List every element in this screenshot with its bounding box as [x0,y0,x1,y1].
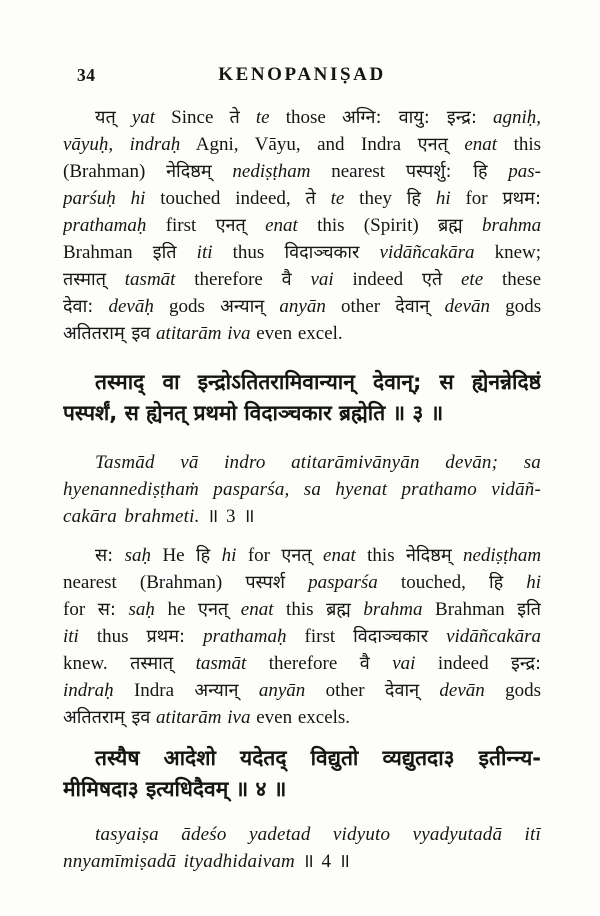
transliteration-text: anyān [279,296,325,317]
english-text: Brahman [435,599,505,620]
text-line: parśuḥ hi touched indeed, ते te they हि … [63,185,541,212]
devanagari-text: प्रथम: [502,188,541,209]
text-line: यत् yat Since ते te those अग्नि: वायु: इ… [63,104,541,131]
devanagari-text: स: [98,599,116,620]
english-text: those [286,107,326,128]
devanagari-text: ब्रह्म [326,599,351,620]
transliteration-text: enat [265,215,298,236]
devanagari-text: तस्यैष आदेशो यदेतद् विद्युतो व्यद्युतदा३… [95,746,541,770]
text-line: देवा: devāḥ gods अन्यान् anyān other देव… [63,293,541,320]
text-line: tasyaiṣa ādeśo yadetad vidyuto vyadyutad… [63,821,541,848]
english-text: nearest [331,161,385,182]
devanagari-text: विदाञ्चकार [353,626,428,647]
page-header: 34 KENOPANIṢAD [63,64,541,88]
transliteration-text: nnyamīmiṣadā ityadhidaivam [63,851,295,872]
english-text: this (Spirit) [317,215,419,236]
transliteration-text: agniḥ, [493,107,541,128]
devanagari-text: वै [360,653,370,674]
devanagari-text: स: [95,545,113,566]
english-text: other [341,296,380,317]
text-line: nnyamīmiṣadā ityadhidaivam ॥ 4 ॥ [63,848,541,875]
transliteration-text: vidāñcakāra [380,242,475,263]
devanagari-text: देवान् [395,296,429,317]
english-text: nearest (Brahman) [63,572,222,593]
transliteration-text: vai [392,653,415,674]
transliteration-text: atitarām iva [156,323,250,344]
transliteration-text: vidāñcakāra [446,626,541,647]
english-text: even excels. [256,707,350,728]
devanagari-text: अतितराम् इव [63,707,150,728]
sanskrit-verse-4: तस्यैष आदेशो यदेतद् विद्युतो व्यद्युतदा३… [63,743,541,805]
devanagari-text: इन्द्र: [511,653,541,674]
transliteration-text: yat [132,107,155,128]
english-text: first [305,626,336,647]
transliteration-text: vai [310,269,333,290]
transliteration-text: atitarām iva [156,707,250,728]
transliteration-text: nediṣṭham [232,161,310,182]
devanagari-text: एनत् [216,215,246,236]
transliteration-text: iti [197,242,213,263]
english-text: gods [505,680,541,701]
devanagari-text: तस्मात् [130,653,173,674]
transliteration-text: tasmāt [125,269,176,290]
english-text: Agni, Vāyu, and Indra [196,134,401,155]
english-text: knew. [63,653,108,674]
english-text: Brahman [63,242,133,263]
text-line: indraḥ Indra अन्यान् anyān other देवान् … [63,677,541,704]
devanagari-text: ते [306,188,316,209]
transliteration-text: hi [526,572,541,593]
english-text: ॥ 3 ॥ [207,506,255,527]
transliteration-text: cakāra brahmeti. [63,506,200,527]
english-text: therefore [194,269,263,290]
text-line: iti thus प्रथम: prathamaḥ first विदाञ्चक… [63,623,541,650]
text-line: Brahman इति iti thus विदाञ्चकार vidāñcak… [63,239,541,266]
devanagari-text: देवान् [385,680,419,701]
transliteration-text: devān [445,296,490,317]
transliteration-text: devāḥ [108,296,153,317]
devanagari-text: मीमिषदा३ इत्यधिदैवम् ॥ ४ ॥ [63,777,286,801]
devanagari-text: ते [230,107,240,128]
english-text: touched, [401,572,466,593]
transliteration-verse-4: tasyaiṣa ādeśo yadetad vidyuto vyadyutad… [63,821,541,875]
devanagari-text: नेदिष्ठम् [406,545,452,566]
devanagari-text: अन्यान् [220,296,264,317]
devanagari-text: प्रथम: [147,626,186,647]
english-text: other [326,680,365,701]
transliteration-text: prathamaḥ [203,626,286,647]
english-text: therefore [269,653,338,674]
english-text: he [167,599,185,620]
transliteration-text: enat [323,545,356,566]
transliteration-text: saḥ [129,599,155,620]
transliteration-text: indraḥ [63,680,114,701]
transliteration-text: tasmāt [196,653,247,674]
sanskrit-verse-3: तस्माद् वा इन्द्रोऽतितरामिवान्यान् देवान… [63,367,541,429]
english-text: this [514,134,541,155]
devanagari-text: अन्यान् [194,680,238,701]
transliteration-text: te [256,107,270,128]
gloss-paragraph-2: स: saḥ He हि hi for एनत् enat this नेदिष… [63,542,541,731]
text-line: prathamaḥ first एनत् enat this (Spirit) … [63,212,541,239]
english-text: gods [169,296,205,317]
devanagari-text: इति [153,242,177,263]
text-line: hyenannediṣṭhaṁ pasparśa, sa hyenat prat… [63,476,541,503]
transliteration-text: te [331,188,345,209]
devanagari-text: पस्पर्श [245,572,285,593]
devanagari-text: इति [517,599,541,620]
text-line: Tasmād vā indro atitarāmivānyān devān; s… [63,449,541,476]
transliteration-text: devān [439,680,484,701]
english-text: ॥ 4 ॥ [302,851,350,872]
gloss-paragraph-1: यत् yat Since ते te those अग्नि: वायु: इ… [63,104,541,347]
transliteration-text: enat [241,599,274,620]
text-line: knew. तस्मात् tasmāt therefore वै vai in… [63,650,541,677]
text-line: तस्यैष आदेशो यदेतद् विद्युतो व्यद्युतदा३… [63,743,541,774]
text-line: पस्पर्शं, स ह्येनत् प्रथमो विदाञ्चकार ब्… [63,398,541,429]
devanagari-text: हि [489,572,503,593]
english-text: gods [505,296,541,317]
english-text: thus [97,626,129,647]
english-text: knew; [495,242,541,263]
english-text: first [166,215,197,236]
transliteration-text: anyān [259,680,305,701]
devanagari-text: अतितराम् इव [63,323,150,344]
transliteration-text: pas- [508,161,541,182]
english-text: He [162,545,184,566]
devanagari-text: एते [422,269,442,290]
text-column: 34 KENOPANIṢAD यत् yat Since ते te those… [63,64,541,875]
english-text: they [359,188,392,209]
english-text: indeed [353,269,404,290]
transliteration-text: Tasmād vā indro atitarāmivānyān devān; s… [95,452,541,473]
devanagari-text: एनत् [281,545,311,566]
devanagari-text: विदाञ्चकार [284,242,359,263]
english-text: for [465,188,487,209]
devanagari-text: एनत् [418,134,448,155]
devanagari-text: हि [407,188,421,209]
devanagari-text: पस्पर्शं, स ह्येनत् प्रथमो विदाञ्चकार ब्… [63,401,443,425]
text-line: for स: saḥ he एनत् enat this ब्रह्म brah… [63,596,541,623]
devanagari-text: नेदिष्ठम् [166,161,212,182]
english-text: for [63,599,85,620]
english-text: (Brahman) [63,161,145,182]
text-line: स: saḥ He हि hi for एनत् enat this नेदिष… [63,542,541,569]
transliteration-text: saḥ [125,545,151,566]
english-text: indeed [438,653,489,674]
devanagari-text: हि [196,545,210,566]
english-text: this [367,545,394,566]
devanagari-text: वै [282,269,292,290]
devanagari-text: यत् [95,107,116,128]
page-title: KENOPANIṢAD [63,64,541,86]
transliteration-text: brahma [363,599,422,620]
text-line: अतितराम् इव atitarām iva even excel. [63,320,541,347]
book-page: 34 KENOPANIṢAD यत् yat Since ते te those… [0,0,600,916]
english-text: this [286,599,313,620]
transliteration-text: pasparśa [308,572,378,593]
text-line: तस्मात् tasmāt therefore वै vai indeed ए… [63,266,541,293]
text-line: मीमिषदा३ इत्यधिदैवम् ॥ ४ ॥ [63,774,541,805]
page-number: 34 [77,65,96,86]
devanagari-text: तस्माद् वा इन्द्रोऽतितरामिवान्यान् देवान… [95,370,541,394]
text-line: vāyuḥ, indraḥ Agni, Vāyu, and Indra एनत्… [63,131,541,158]
transliteration-text: hi [436,188,451,209]
english-text: touched indeed, [160,188,290,209]
english-text: even excel. [256,323,342,344]
transliteration-text: hi [222,545,237,566]
transliteration-text: ete [461,269,483,290]
english-text: Since [171,107,213,128]
text-line: तस्माद् वा इन्द्रोऽतितरामिवान्यान् देवान… [63,367,541,398]
devanagari-text: पस्पर्शु: हि [406,161,488,182]
english-text: Indra [134,680,174,701]
devanagari-text: अग्नि: वायु: इन्द्र: [342,107,477,128]
text-line: अतितराम् इव atitarām iva even excels. [63,704,541,731]
text-line: (Brahman) नेदिष्ठम् nediṣṭham nearest पस… [63,158,541,185]
transliteration-text: iti [63,626,79,647]
english-text: for [248,545,270,566]
transliteration-text: hyenannediṣṭhaṁ pasparśa, sa hyenat prat… [63,479,541,500]
english-text: thus [233,242,265,263]
devanagari-text: एनत् [198,599,228,620]
text-line: nearest (Brahman) पस्पर्श pasparśa touch… [63,569,541,596]
transliteration-verse-3: Tasmād vā indro atitarāmivānyān devān; s… [63,449,541,530]
transliteration-text: nediṣṭham [463,545,541,566]
devanagari-text: देवा: [63,296,93,317]
english-text: these [502,269,541,290]
transliteration-text: parśuḥ hi [63,188,145,209]
devanagari-text: तस्मात् [63,269,106,290]
text-line: cakāra brahmeti. ॥ 3 ॥ [63,503,541,530]
transliteration-text: brahma [482,215,541,236]
transliteration-text: enat [464,134,497,155]
transliteration-text: vāyuḥ, indraḥ [63,134,180,155]
devanagari-text: ब्रह्म [438,215,463,236]
transliteration-text: prathamaḥ [63,215,146,236]
transliteration-text: tasyaiṣa ādeśo yadetad vidyuto vyadyutad… [95,824,541,845]
